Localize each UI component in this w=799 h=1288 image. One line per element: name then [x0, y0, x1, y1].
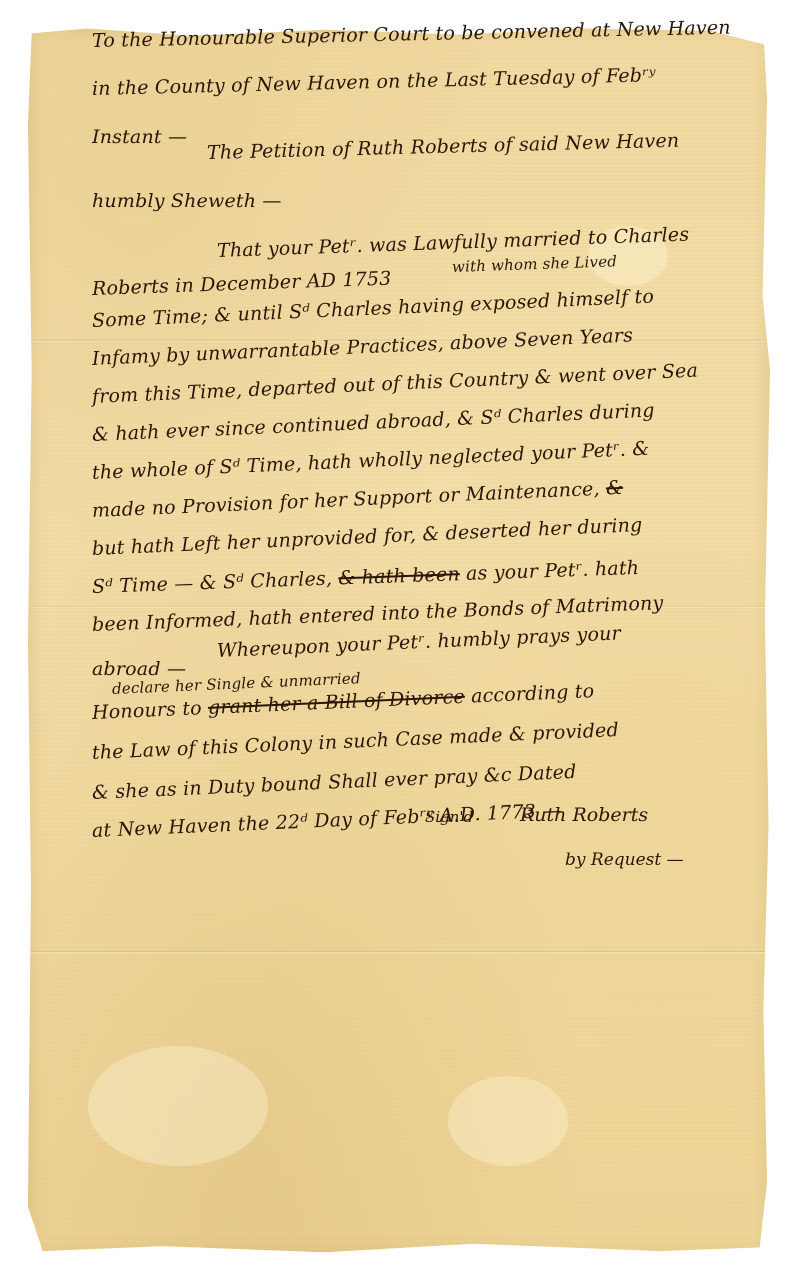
struck-text: &: [605, 477, 623, 500]
address-line-3: Instant —: [92, 126, 187, 148]
water-stain: [448, 1076, 568, 1166]
signature-name: Ruth Roberts: [520, 804, 648, 826]
humbly-sheweth: humbly Sheweth —: [92, 190, 282, 212]
signed-label: Sign'd: [425, 808, 473, 826]
fold-line: [28, 951, 770, 955]
water-stain: [88, 1046, 268, 1166]
signature-by-request: by Request —: [565, 850, 684, 870]
struck-text: & hath been: [338, 563, 460, 589]
